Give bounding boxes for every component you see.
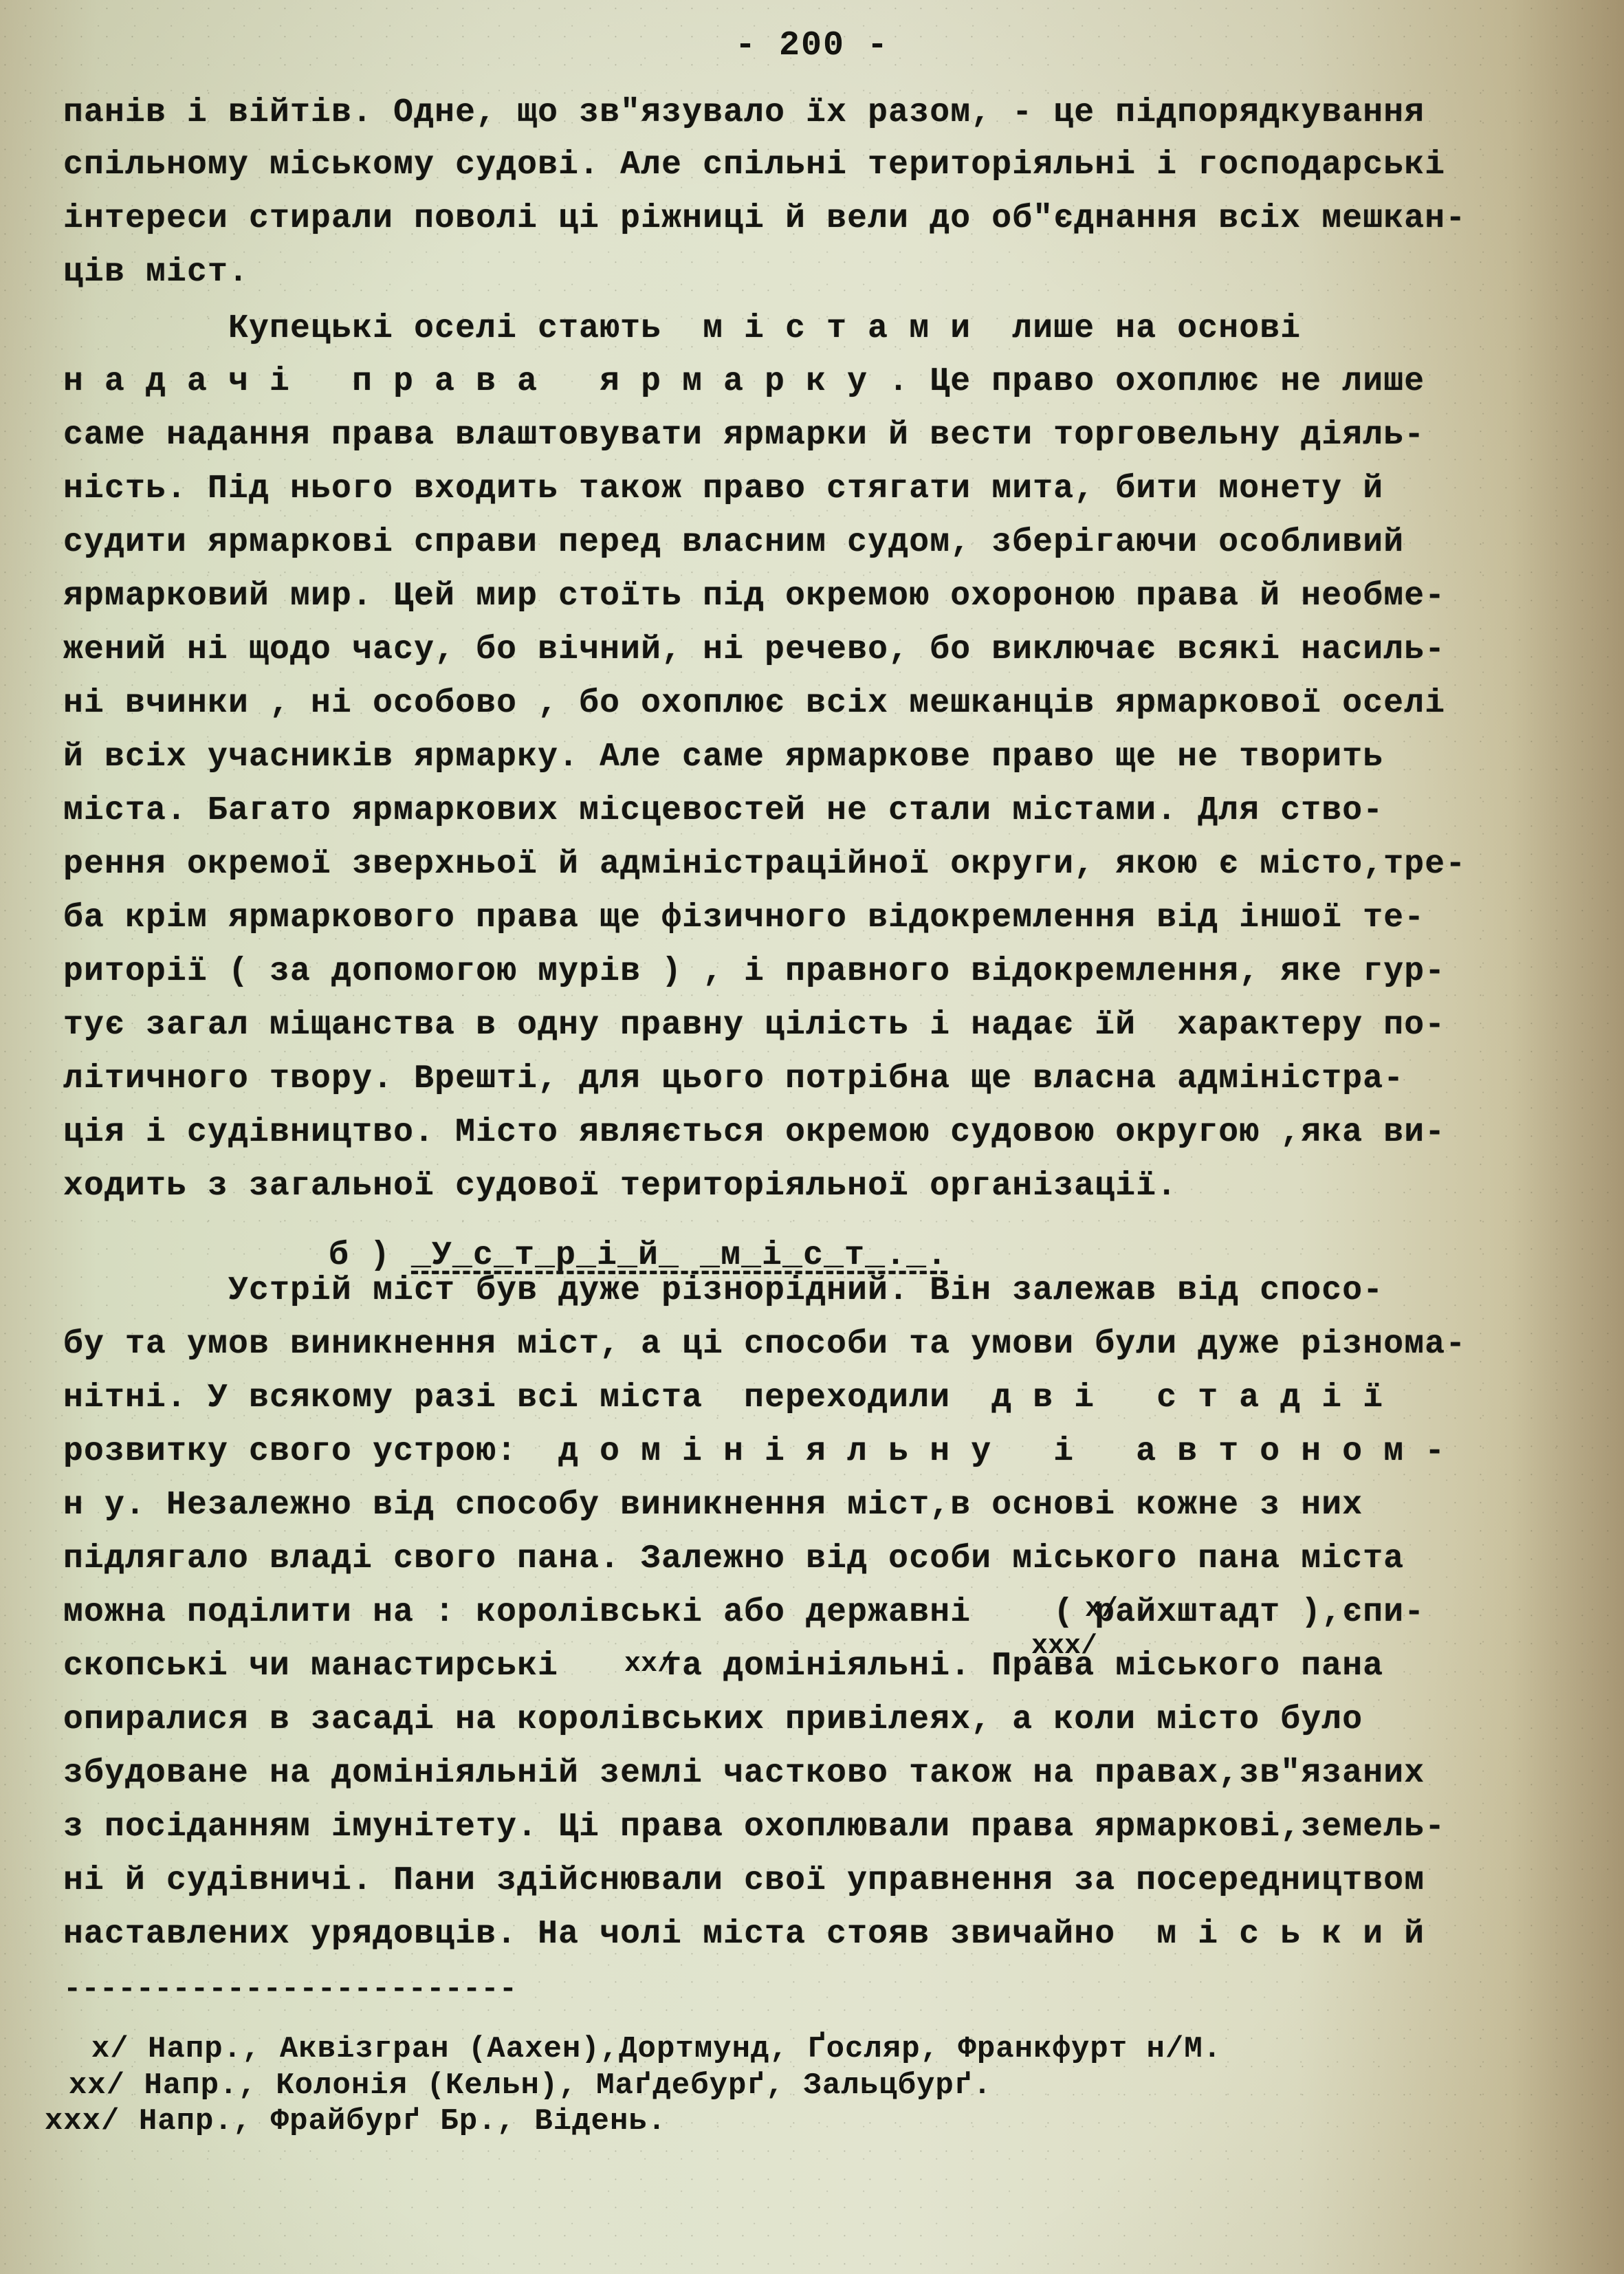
text-line: ція і судівництво. Місто являється окрем… xyxy=(63,1114,1445,1151)
text-line: ні й судівничі. Пани здійснювали свої уп… xyxy=(63,1862,1425,1899)
text-line: Купецькі оселі стають м і с т а м и лише… xyxy=(63,310,1301,347)
text-line: опиралися в засаді на королівських приві… xyxy=(63,1701,1363,1738)
text-line: ба крім ярмаркового права ще фізичного в… xyxy=(63,899,1425,937)
text-line: саме надання права влаштовувати ярмарки … xyxy=(63,417,1425,454)
text-line: міста. Багато ярмаркових місцевостей не … xyxy=(63,792,1383,829)
footnote-3: xxx/ Напр., Фрайбурґ Бр., Відень. xyxy=(7,2070,666,2139)
text-line: наставлених урядовців. На чолі міста сто… xyxy=(63,1916,1425,1953)
text-line: спільному міському судові. Але спільні т… xyxy=(63,146,1445,184)
text-line: жений ні щодо часу, бо вічний, ні речево… xyxy=(63,631,1445,668)
text-line: бу та умов виникнення міст, а ці способи… xyxy=(63,1326,1466,1363)
text-line: розвитку свого устрою: д о м і н і я л ь… xyxy=(63,1433,1445,1470)
text-line: інтереси стирали поволі ці ріжниці й вел… xyxy=(63,200,1466,237)
text-line: ні вчинки , ні особово , бо охоплює всіх… xyxy=(63,685,1445,722)
text-line: з посіданням імунітету. Ці права охоплюв… xyxy=(63,1808,1445,1846)
text-line: риторії ( за допомогою мурів ) , і правн… xyxy=(63,953,1445,990)
text-line: підлягало владі свого пана. Залежно від … xyxy=(63,1540,1404,1577)
text-line: збудоване на домініяльній землі частково… xyxy=(63,1755,1425,1792)
text-line: можна поділити на : королівські або держ… xyxy=(63,1594,1425,1631)
text-line: панів і війтів. Одне, що зв"язувало їх р… xyxy=(63,94,1425,131)
footnote-mark: xxx/ xyxy=(45,2104,120,2139)
text-line: й всіх учасників ярмарку. Але саме ярмар… xyxy=(63,739,1383,776)
page-number: - 200 - xyxy=(0,26,1624,65)
text-line: н а д а ч і п р а в а я р м а р к у . Це… xyxy=(63,363,1425,400)
text-line: ярмарковий мир. Цей мир стоїть під окрем… xyxy=(63,578,1445,615)
text-line: судити ярмаркові справи перед власним су… xyxy=(63,524,1404,561)
text-line: Устрій міст був дуже різнорідний. Він за… xyxy=(63,1272,1383,1309)
text-line: ходить з загальної судової територіяльно… xyxy=(63,1168,1177,1205)
section-heading-title: _У_с_т_р_і_й_ _м_і_с_т_._. xyxy=(411,1237,947,1274)
footnote-text: Напр., Фрайбурґ Бр., Відень. xyxy=(139,2104,666,2139)
text-line: тує загал міщанства в одну правну ціліст… xyxy=(63,1007,1445,1044)
text-line: ність. Під нього входить також право стя… xyxy=(63,470,1383,507)
text-line: рення окремої зверхньої й адміністраційн… xyxy=(63,846,1466,883)
text-line: скопські чи манастирські та домініяльні.… xyxy=(63,1648,1383,1685)
section-heading: б ) _У_с_т_р_і_й_ _м_і_с_т_._. xyxy=(287,1200,947,1274)
text-line: нітні. У всякому разі всі міста переходи… xyxy=(63,1379,1383,1417)
footnote-ref-xx: xx/ xyxy=(624,1649,674,1680)
text-line: н у. Незалежно від способу виникнення мі… xyxy=(63,1487,1363,1524)
text-line: літичного твору. Врешті, для цього потрі… xyxy=(63,1060,1404,1097)
footnote-ref-x: x/ xyxy=(1085,1594,1118,1625)
text-line: ців міст. xyxy=(63,254,249,291)
section-heading-prefix: б ) xyxy=(329,1237,411,1274)
footnote-ref-xxx: xxx/ xyxy=(1031,1631,1097,1662)
